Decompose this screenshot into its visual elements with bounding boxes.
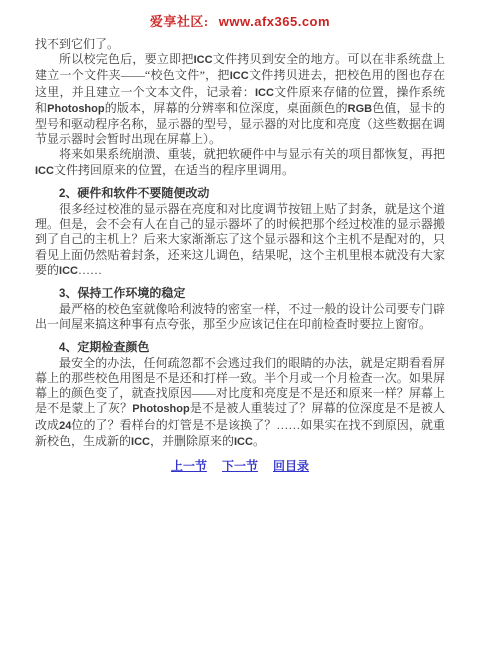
article-content: 找不到它们了。 所以校完色后，要立即把ICC文件拷贝到安全的地方。可以在非系统盘…: [35, 37, 445, 450]
site-header: 爱享社区:www.afx365.com: [0, 0, 480, 30]
document-page: 爱享社区:www.afx365.com 找不到它们了。 所以校完色后，要立即把I…: [0, 0, 480, 651]
paragraph-system-restore: 将来如果系统崩溃、重装，就把软硬件中与显示有关的项目都恢复，再把ICC文件拷回原…: [35, 147, 445, 178]
paragraph-icc-backup: 所以校完色后，要立即把ICC文件拷贝到安全的地方。可以在非系统盘上建立一个文件夹…: [35, 52, 445, 147]
paragraph-hardware-seal: 很多经过校准的显示器在亮度和对比度调节按钮上贴了封条，就是这个道理。但是，会不会…: [35, 202, 445, 279]
site-name: 爱享社区:: [150, 14, 209, 29]
section-heading-2: 2、硬件和软件不要随便改动: [35, 186, 445, 202]
pagination-links: 上一节 下一节 回目录: [0, 459, 480, 474]
back-to-toc-link[interactable]: 回目录: [273, 459, 309, 473]
next-section-link[interactable]: 下一节: [222, 459, 258, 473]
site-url-link[interactable]: www.afx365.com: [219, 14, 330, 29]
prev-section-link[interactable]: 上一节: [171, 459, 207, 473]
paragraph-periodic-check: 最安全的办法，任何疏忽都不会逃过我们的眼睛的办法，就是定期看看屏幕上的那些校色用…: [35, 356, 445, 450]
section-heading-3: 3、保持工作环境的稳定: [35, 286, 445, 302]
section-heading-4: 4、定期检查颜色: [35, 340, 445, 356]
paragraph-continued: 找不到它们了。: [35, 37, 445, 52]
paragraph-environment: 最严格的校色室就像哈利波特的密室一样，不过一般的设计公司要专门辟出一间屋来搞这种…: [35, 302, 445, 332]
